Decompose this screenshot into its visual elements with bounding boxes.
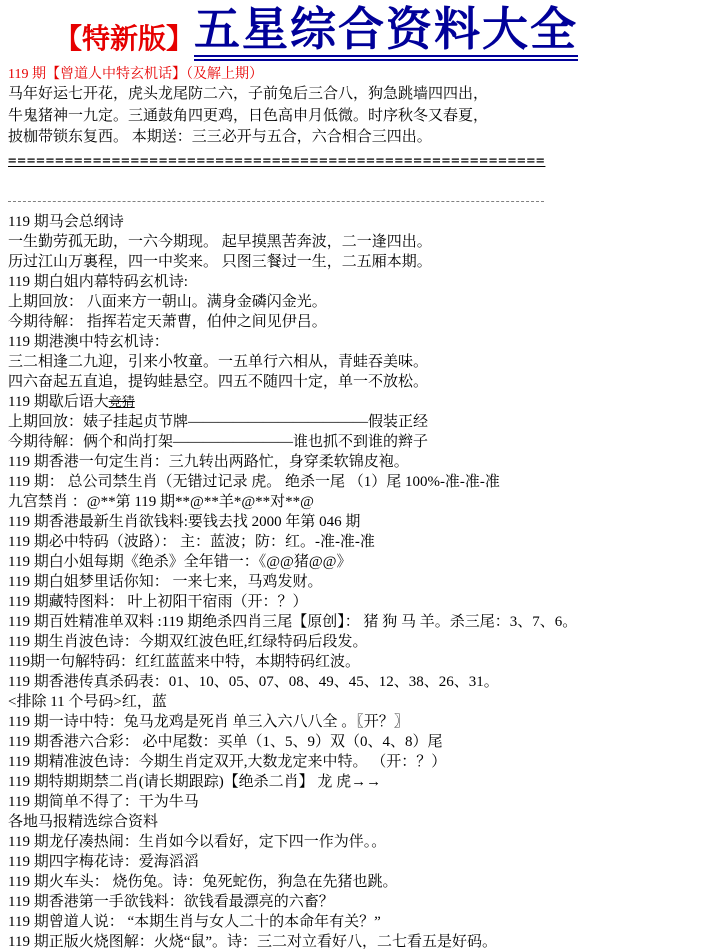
text-line: 119 期马会总纲诗 — [8, 212, 713, 232]
text-line: 119 期龙仔凑热闹：生肖如今以看好，定下四一作为伴。。 — [8, 832, 713, 852]
text-line: 119 期香港最新生肖欲钱料:要钱去找 2000 年第 046 期 — [8, 512, 713, 532]
equals-divider: ========================================… — [8, 153, 548, 169]
text-line: 各地马报精选综合资料 — [8, 812, 713, 832]
text-line: 今期待解： 指挥若定天萧曹，伯仲之间见伊吕。 — [8, 312, 713, 332]
text-line: 119 期香港传真杀码表：01、10、05、07、08、49、45、12、38、… — [8, 672, 713, 692]
text-line: 今期待解：俩个和尚打架————————谁也抓不到谁的辫子 — [8, 432, 713, 452]
text-line: 119 期精准波色诗：今期生肖定双开,大数龙定来中特。 （开：？） — [8, 752, 713, 772]
text-line: 119 期白小姐每期《绝杀》全年错一：《@@猪@@》 — [8, 552, 713, 572]
text-line: 历过江山万裏程，四一中奖来。 只图三餐过一生，二五厢本期。 — [8, 252, 713, 272]
page-title: 五星综合资料大全 — [194, 6, 578, 61]
page-header: 【特新版】 五星综合资料大全 — [8, 6, 713, 61]
xiehouyu-title-styled: 竞猜 — [109, 394, 135, 409]
text-line: 119 期香港六合彩： 必中尾数：买单（1、5、9）双（0、4、8）尾 — [8, 732, 713, 752]
text-line: <排除 11 个号码>红，蓝 — [8, 692, 713, 712]
text-line: 119 期四字梅花诗：爱海滔滔 — [8, 852, 713, 872]
topic-heading: 119 期【曾道人中特玄机话】（及解上期） — [8, 66, 713, 84]
poem-line: 牛鬼猪神一九定。三通鼓角四更鸡，日色高申月低微。时序秋冬又春夏， — [8, 106, 713, 128]
poem-line: 马年好运七开花，虎头龙尾防二六，子前兔后三合八，狗急跳墙四四出， — [8, 84, 713, 106]
text-line: 三二相逢二九迎，引来小牧童。一五单行六相从，青蛙吞美味。 — [8, 352, 713, 372]
text-line: 119 期香港第一手欲钱料：欲钱看最漂亮的六畜？ — [8, 892, 713, 912]
text-line: 119 期正版火烧图解：火烧“鼠”。诗：三二对立看好八，二七看五是好码。 — [8, 932, 713, 949]
text-line: 119 期简单不得了：干为牛马 — [8, 792, 713, 812]
edition-badge: 【特新版】 — [54, 25, 194, 62]
text-line: 119 期生肖波色诗：今期双红波色旺,红绿特码后段发。 — [8, 632, 713, 652]
text-line-xiehouyu-title: 119 期歇后语大竞猜 — [8, 392, 713, 412]
text-line: 119 期特期期禁二肖(请长期跟踪)【绝杀二肖】 龙 虎→→ — [8, 772, 713, 792]
text-line: 119 期火车头： 烧伤兔。诗：兔死蛇伤，狗急在先猪也跳。 — [8, 872, 713, 892]
text-line: 119 期： 总公司禁生肖（无错过记录 虎。 绝杀一尾 （1）尾 100%-准-… — [8, 472, 713, 492]
text-line: 119 期藏特图料： 叶上初阳干宿雨（开：？） — [8, 592, 713, 612]
text-line: 119 期白姐梦里话你知： 一来七来，马鸡发财。 — [8, 572, 713, 592]
poem-line: 披枷带锁东复西。 本期送：三三必开与五合，六合相合三四出。 — [8, 127, 713, 149]
text-line: 四六奋起五直追，提钩蛙悬空。四五不随四十定，单一不放松。 — [8, 372, 713, 392]
page: 【特新版】 五星综合资料大全 119 期【曾道人中特玄机话】（及解上期） 马年好… — [0, 0, 713, 949]
text-line: 119 期白姐内幕特码玄机诗: — [8, 272, 713, 292]
xiehouyu-title-prefix: 119 期歇后语大 — [8, 394, 109, 410]
text-line: 119 期曾道人说： “本期生肖与女人二十的本命年有关？” — [8, 912, 713, 932]
text-line: 119期一句解特码：红红蓝蓝来中特，本期特码红波。 — [8, 652, 713, 672]
text-line: 九宫禁肖 ：@**第 119 期**@**羊*@**对**@ — [8, 492, 713, 512]
text-line: 上期回放：婊子挂起贞节牌————————————假装正经 — [8, 412, 713, 432]
text-line: 上期回放： 八面来方一朝山。满身金磷闪金光。 — [8, 292, 713, 312]
dashed-divider — [8, 201, 544, 202]
text-line: 119 期必中特码（波路）： 主：蓝波；防：红。-准-准-准 — [8, 532, 713, 552]
text-line: 119 期香港一句定生肖：三九转出两路忙，身穿柔软锦皮袍。 — [8, 452, 713, 472]
text-line: 119 期一诗中特：兔马龙鸡是死肖 单三入六八八全 。〖开？〗 — [8, 712, 713, 732]
text-line: 119 期港澳中特玄机诗： — [8, 332, 713, 352]
text-line: 119 期百姓精准单双料 :119 期绝杀四肖三尾【原创】： 猪 狗 马 羊。杀… — [8, 612, 713, 632]
text-line: 一生勤劳孤无助，一六今期现。 起早摸黑苦奔波，二一逢四出。 — [8, 232, 713, 252]
